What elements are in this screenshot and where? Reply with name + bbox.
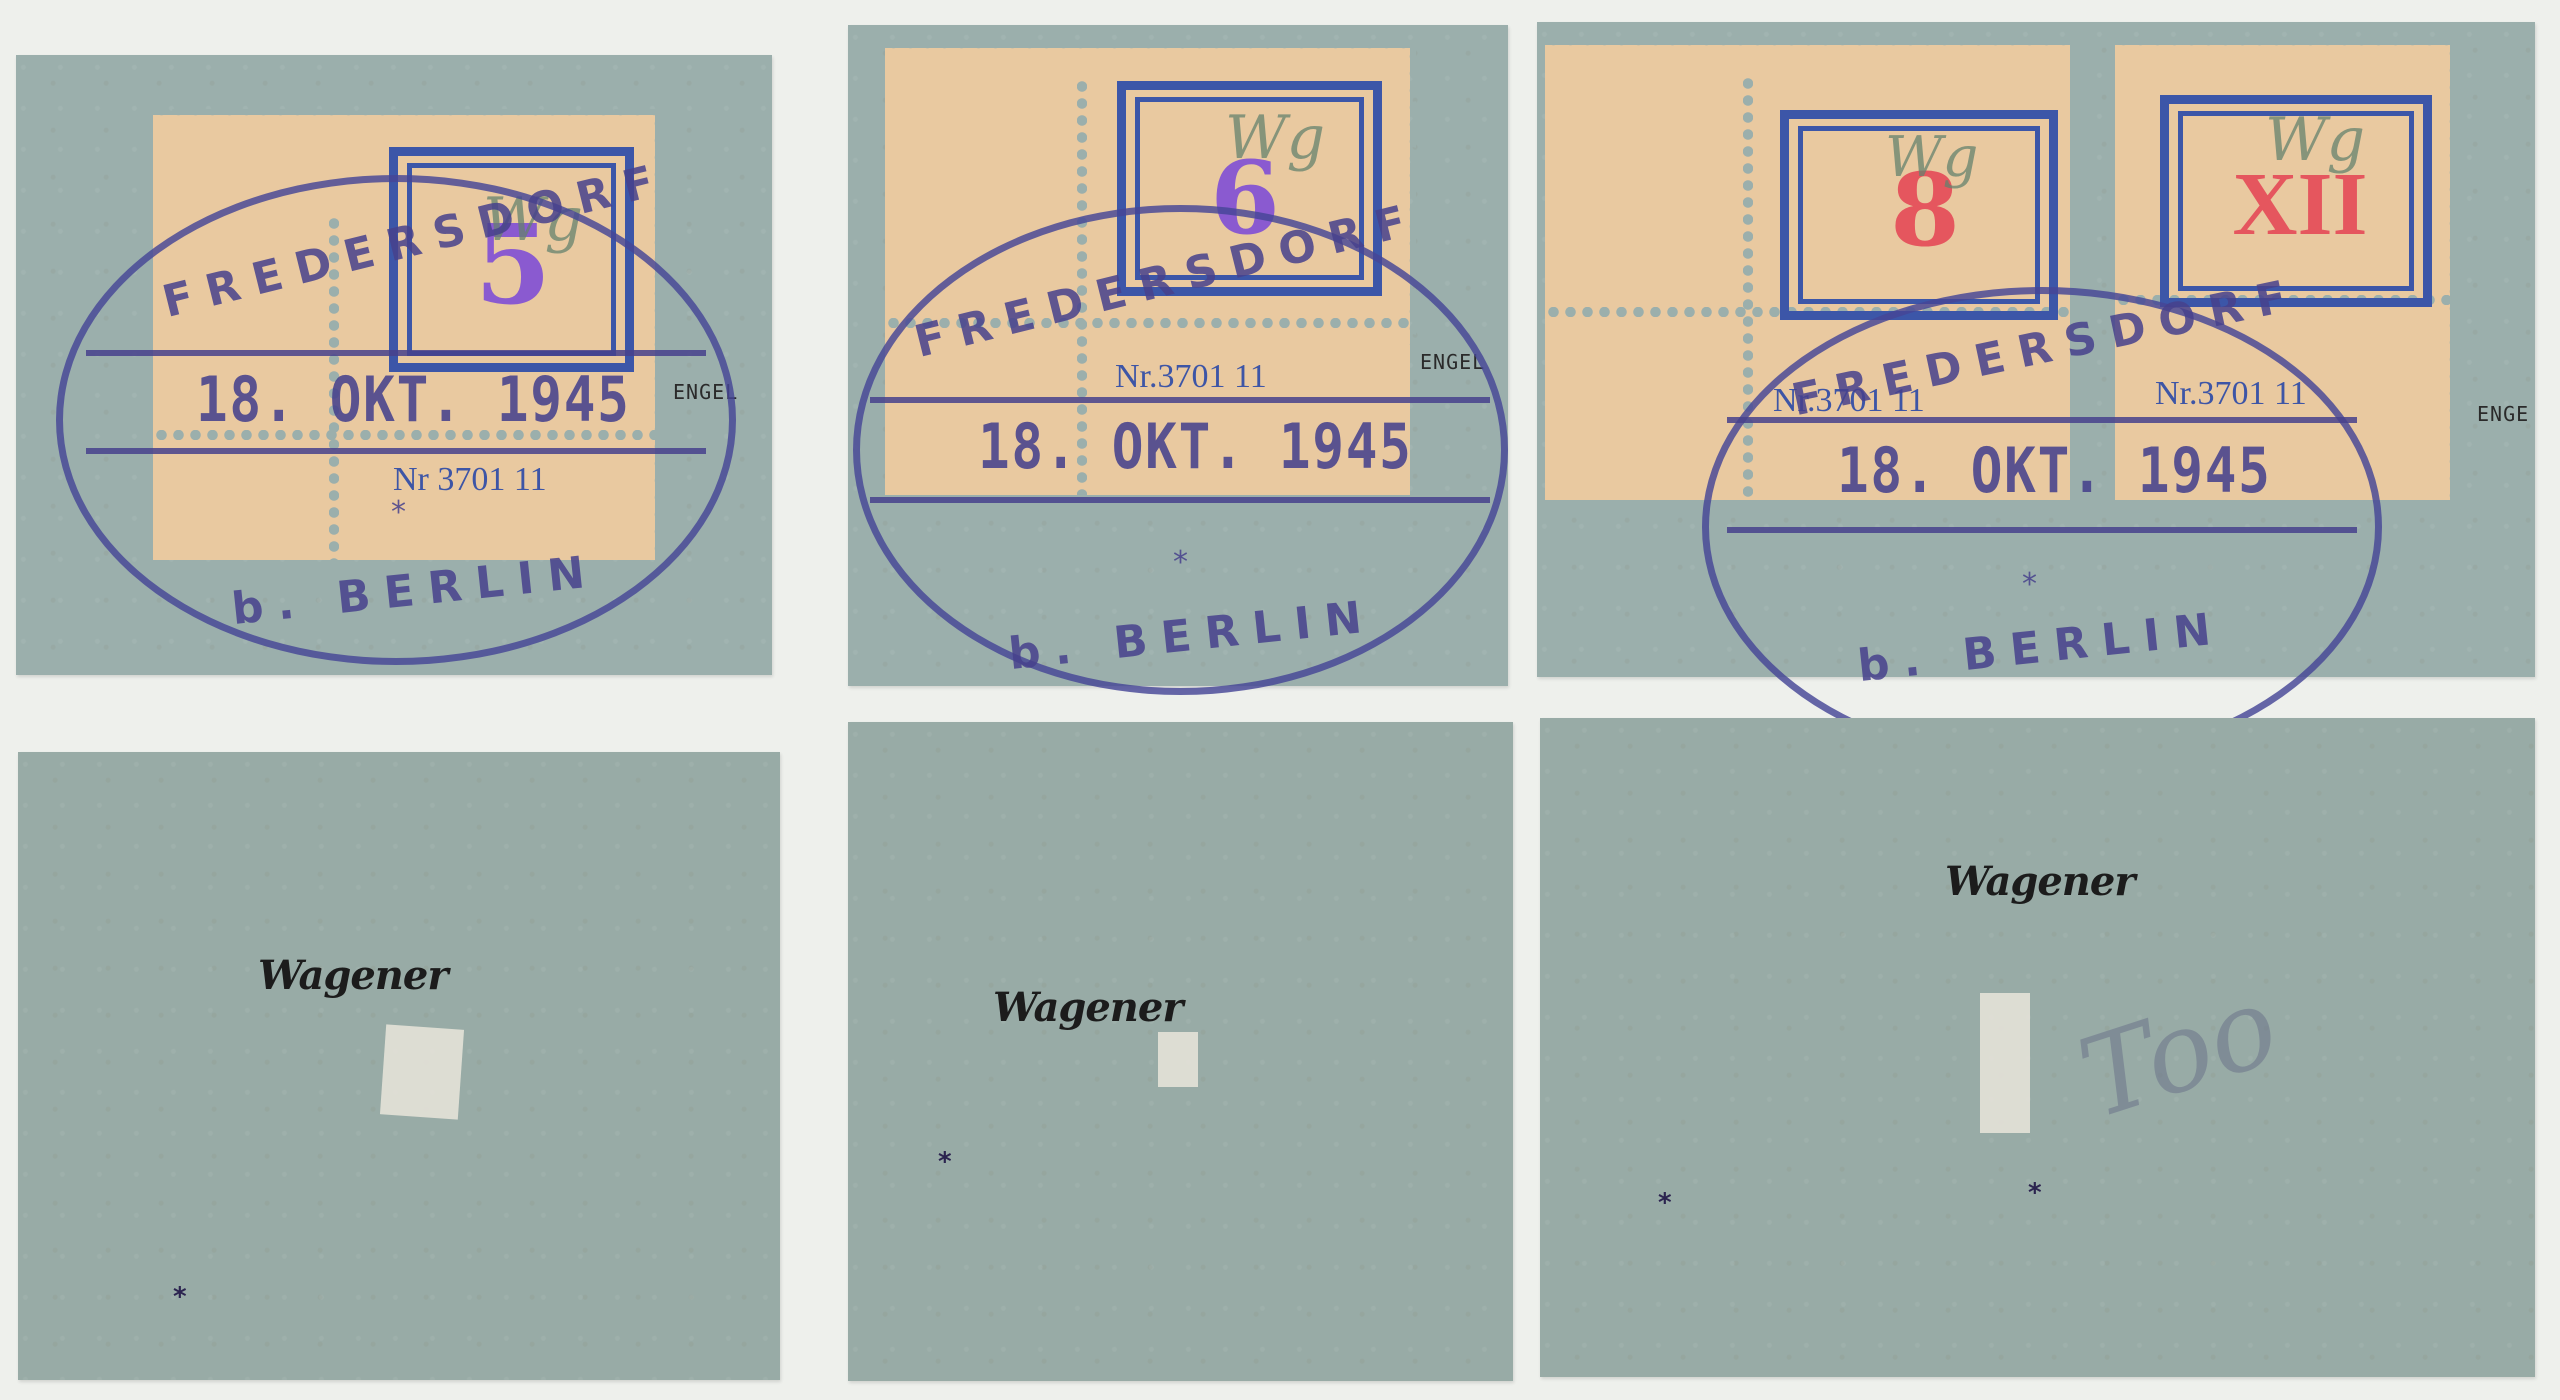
postmark-date: 18. OKT. 1945 <box>978 410 1413 483</box>
back-piece-3: Wagener * * Too <box>1540 718 2535 1377</box>
ink-mark: * <box>1658 1188 1672 1218</box>
postmark-star: * <box>1173 545 1188 580</box>
front-piece-1: 5 Wg Nr 3701 11 ENGEL FREDERSDORF 18. OK… <box>16 55 772 675</box>
ink-mark: * <box>2028 1178 2042 1208</box>
ink-mark: * <box>938 1147 952 1177</box>
back-piece-2: Wagener * <box>848 722 1513 1381</box>
hinge-remnant <box>1158 1032 1198 1087</box>
pencil-signature: Wg <box>1225 103 1325 173</box>
postmark-date: 18. OKT. 1945 <box>196 363 631 436</box>
hinge-remnant <box>1980 993 2030 1133</box>
ink-mark: * <box>173 1282 187 1312</box>
pencil-signature: Wg <box>2265 105 2365 175</box>
postmark-star: * <box>391 495 406 530</box>
expert-mark: Wagener <box>258 952 447 999</box>
front-piece-2: 6 Wg Nr.3701 11 ENGEL FREDERSDORF 18. OK… <box>848 25 1508 686</box>
expert-mark: Wagener <box>993 984 1182 1031</box>
pencil-note: Too <box>2065 961 2292 1144</box>
postmark-star: * <box>2022 567 2037 602</box>
hinge-remnant <box>380 1024 464 1119</box>
postmark-date: 18. OKT. 1945 <box>1837 434 2272 507</box>
pencil-signature: Wg <box>1885 125 1978 190</box>
back-piece-1: Wagener * <box>18 752 780 1380</box>
printer-imprint: ENGE <box>2477 402 2529 426</box>
expert-mark: Wagener <box>1945 858 2134 905</box>
front-piece-3: 8 Wg Nr.3701 11 XII Wg Nr.3701 11 ENGE F… <box>1537 22 2535 677</box>
